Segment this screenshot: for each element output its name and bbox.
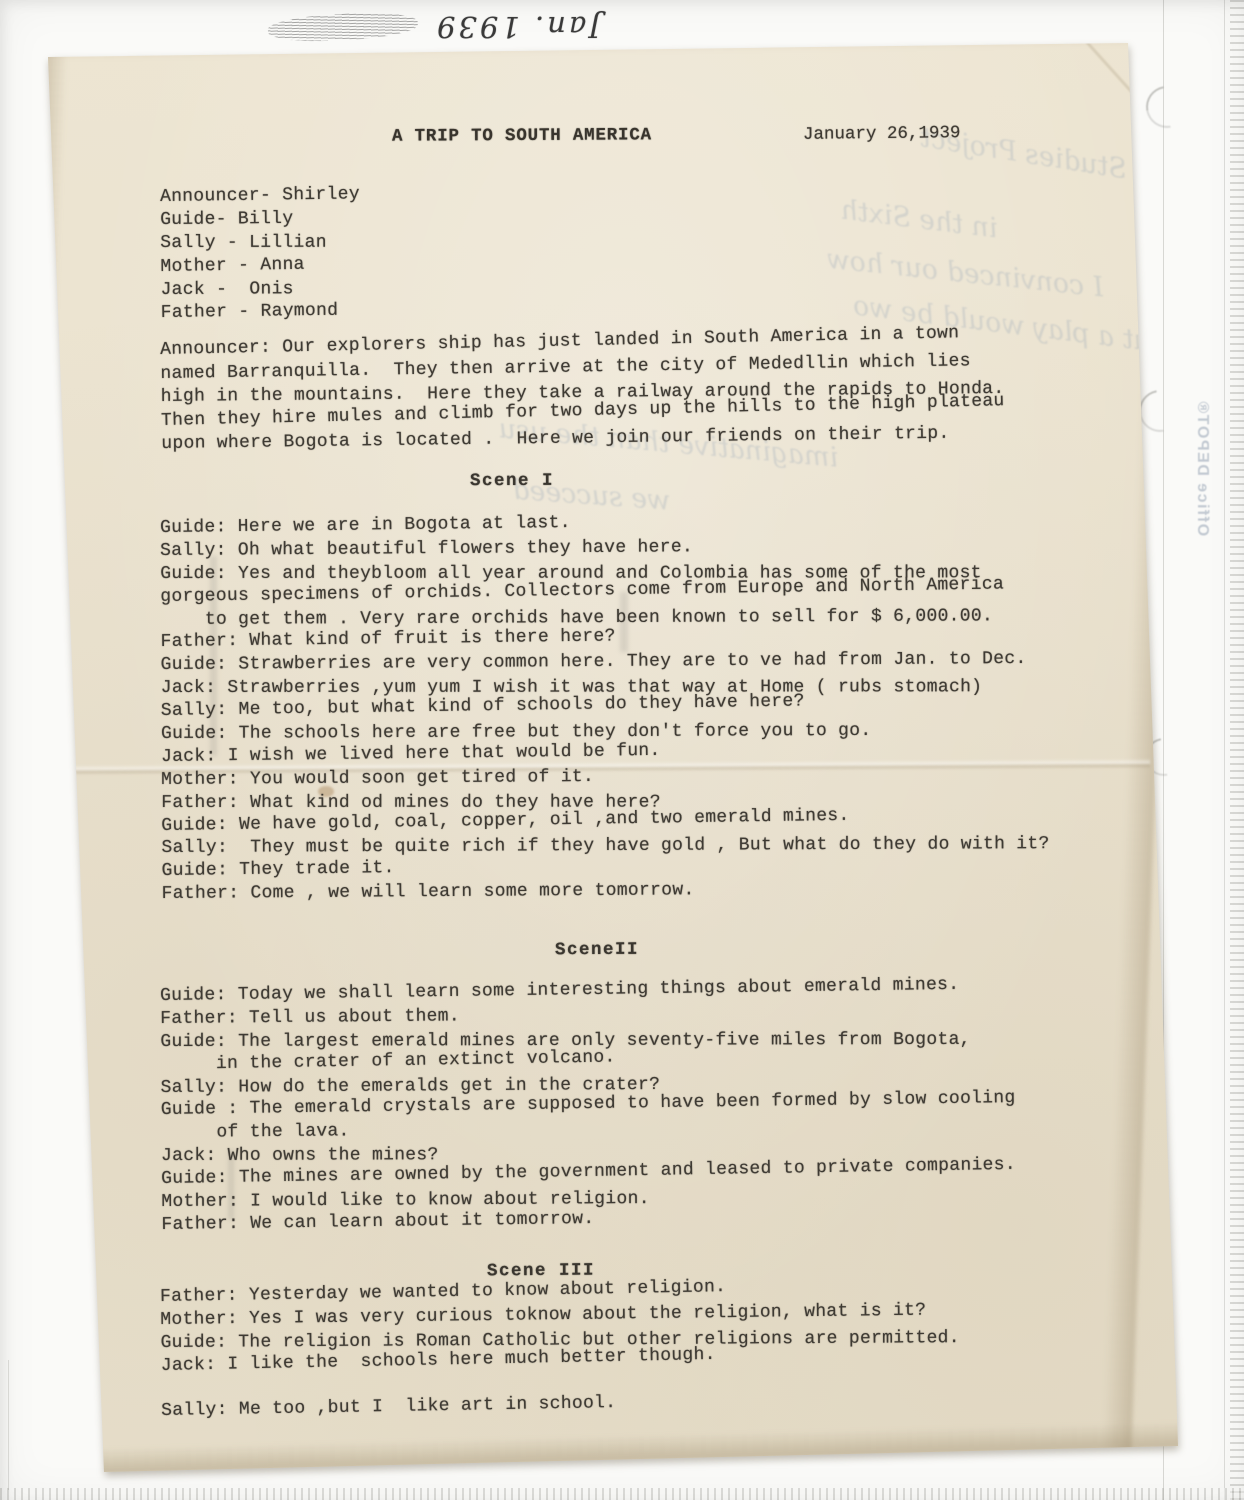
cast-entry: Guide- Billy [160,208,360,233]
scanned-document-photo: Office DEPOT® Jan. 1939 The Social Studi… [0,0,1244,1500]
dialogue-line: Guide: Strawberries are very common here… [161,648,1049,677]
scene-2-dialogue: Guide: Today we shall learn some interes… [160,980,1016,1237]
announcer-intro: Announcer: Our explorers ship has just l… [160,328,1005,457]
cast-entry: Announcer- Shirley [160,183,360,209]
page-date: January 26,1939 [803,123,961,145]
cast-entry: Sally - Lillian [160,232,360,256]
page-title: A TRIP TO SOUTH AMERICA [392,125,652,146]
scene-3-dialogue: Father: Yesterday we wanted to know abou… [160,1278,961,1423]
typewritten-content: A TRIP TO SOUTH AMERICA January 26,1939 … [0,0,1244,1500]
pencil-note-upside-down: Jan. 1939 [268,10,601,44]
scene-1-heading: Scene I [470,471,554,491]
cast-entry: Mother - Anna [160,252,360,278]
cast-list: Announcer- ShirleyGuide- BillySally - Li… [160,185,361,325]
scene-1-dialogue: Guide: Here we are in Bogota at last.Sal… [160,513,1050,906]
cast-entry: Father - Raymond [161,299,361,325]
scene-2-heading: SceneII [555,940,639,960]
pencil-note-text: Jan. 1939 [434,10,601,44]
cast-entry: Jack - Onis [160,278,360,302]
pencil-scribble [267,10,418,44]
dialogue-line: Father: Come , we will learn some more t… [162,877,1050,906]
